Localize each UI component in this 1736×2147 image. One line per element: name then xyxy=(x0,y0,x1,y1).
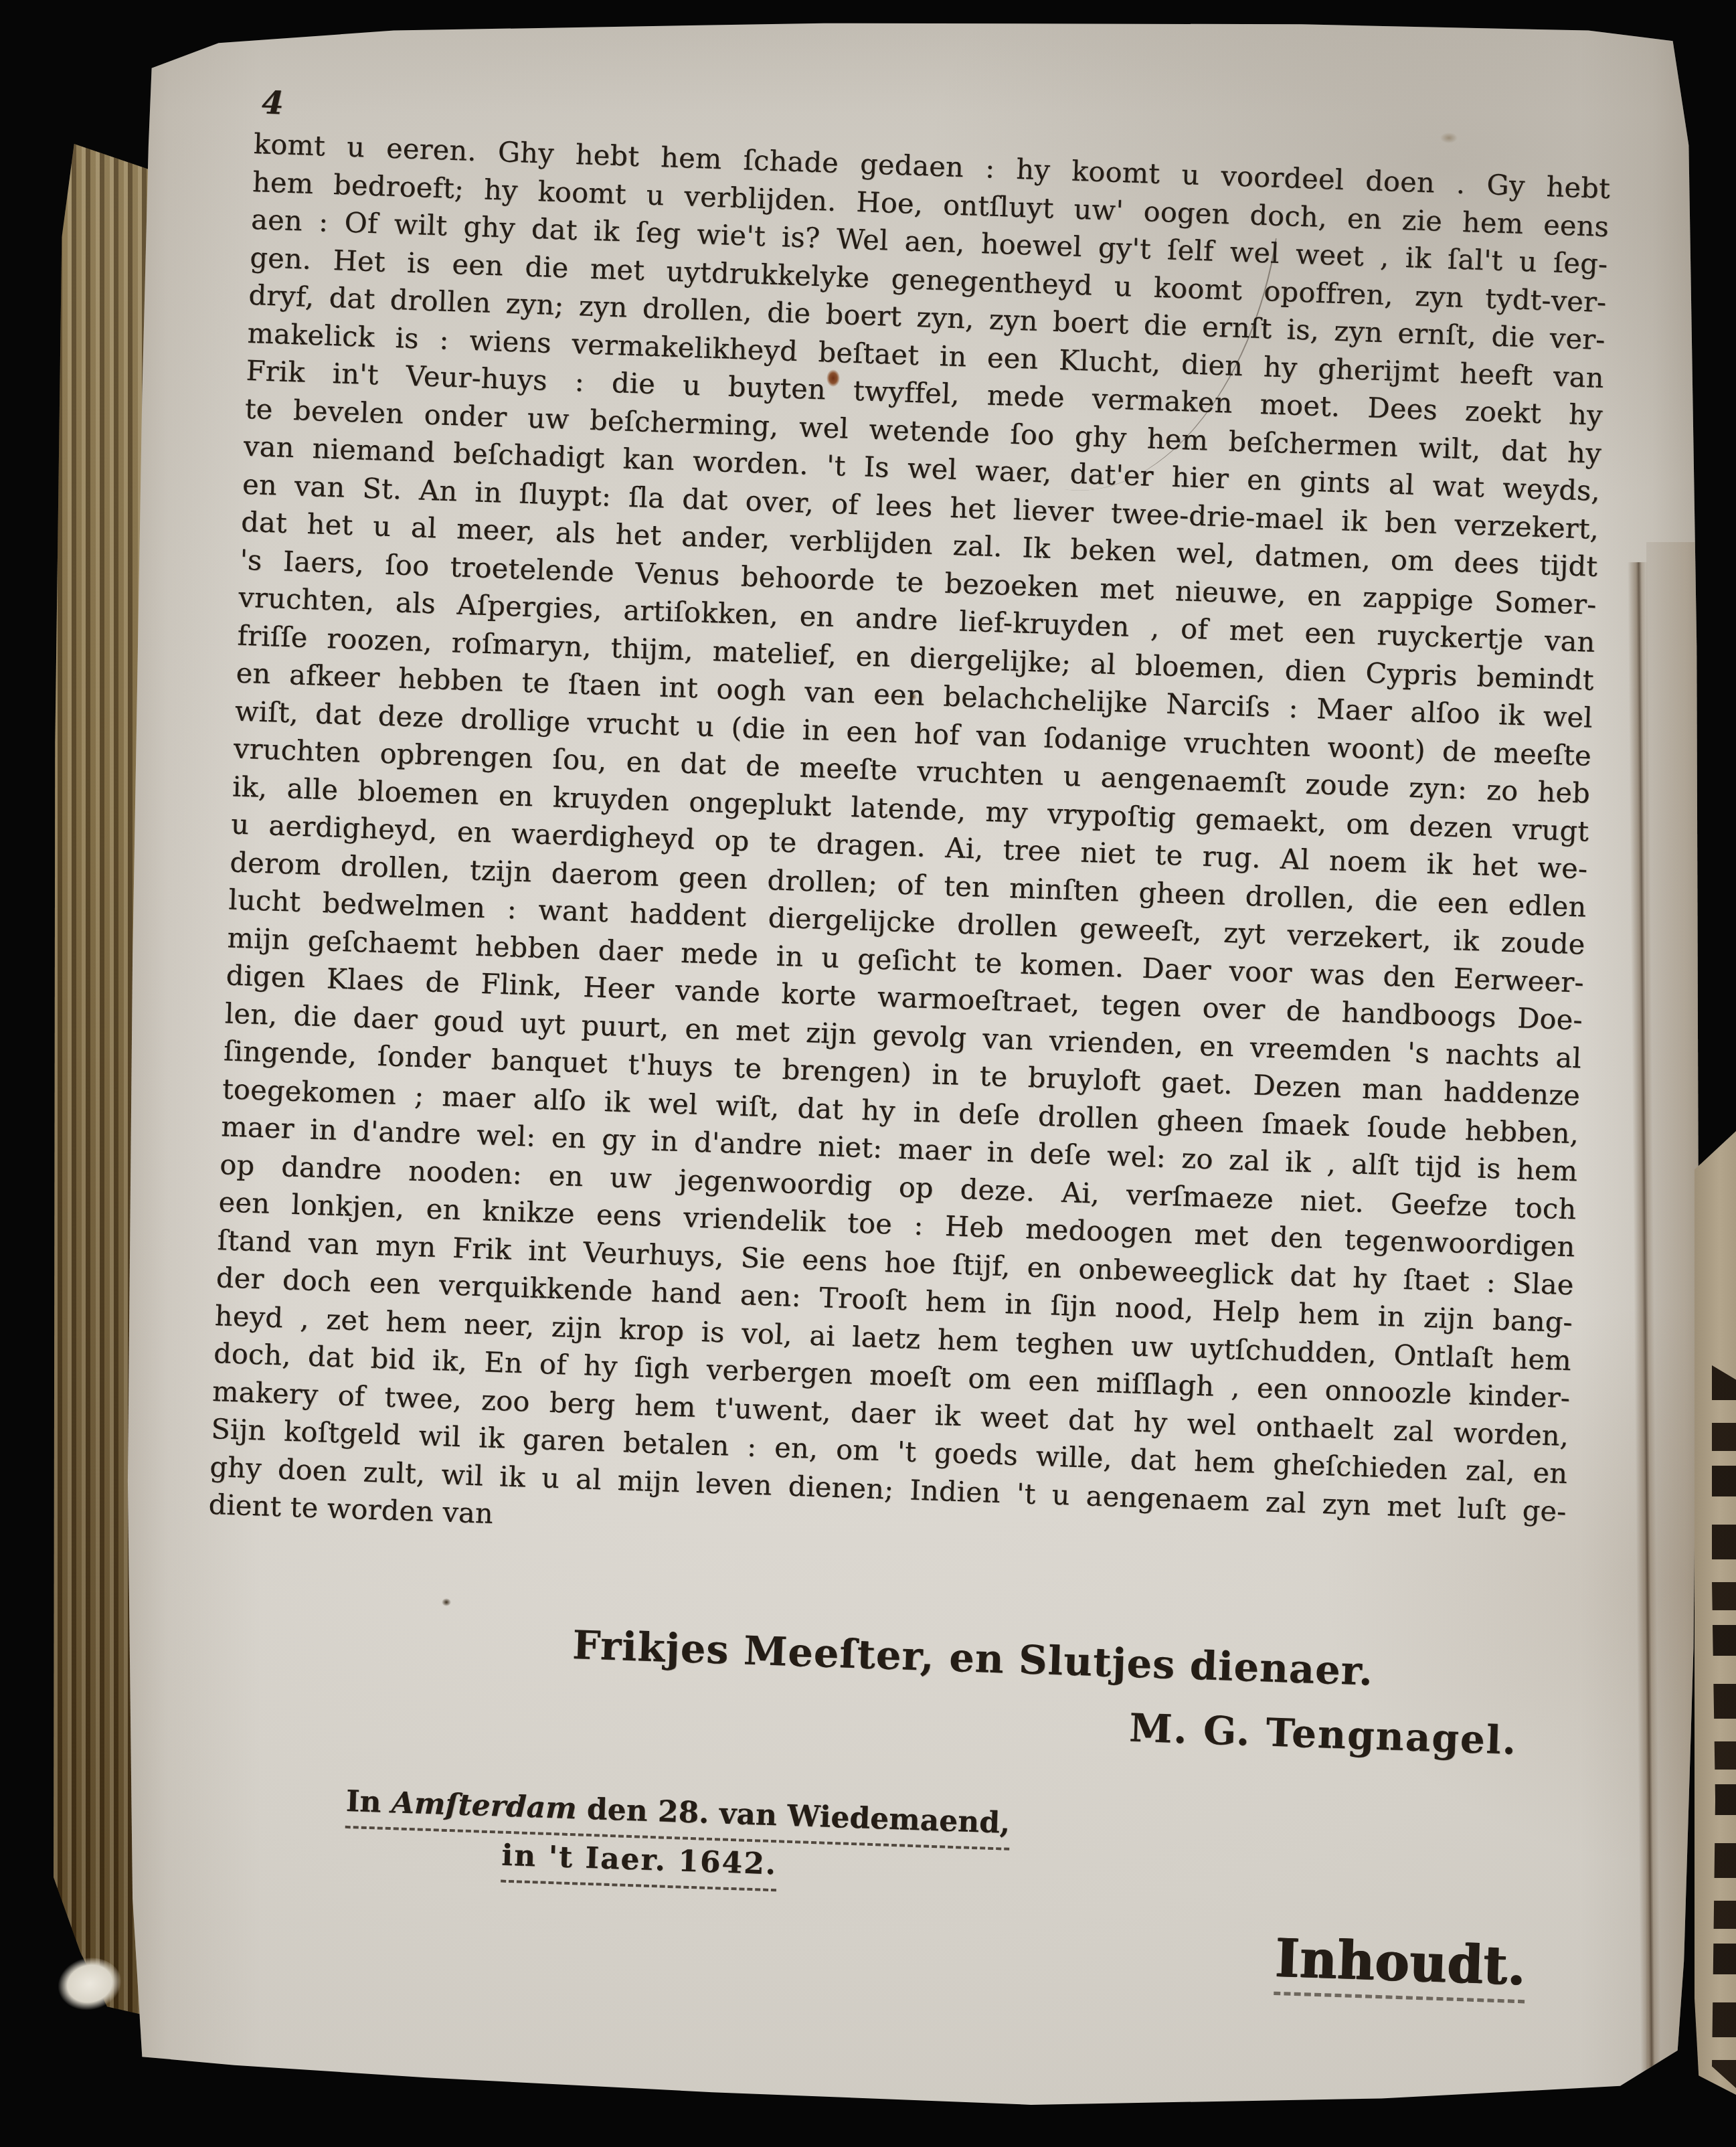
section-catchword: Inhoudt. xyxy=(1274,1927,1527,2003)
book-page: 4 komt u eeren. Ghy hebt hem ſchade geda… xyxy=(107,20,1700,2107)
colophon: In Amſterdam den 28. van Wiedemaend, in … xyxy=(343,1779,1556,1917)
printed-content: 4 komt u eeren. Ghy hebt hem ſchade geda… xyxy=(193,84,1612,2002)
colophon-city: Amſterdam xyxy=(391,1786,578,1826)
book-page-photo: 4 komt u eeren. Ghy hebt hem ſchade geda… xyxy=(0,0,1736,2147)
adjacent-page-text-fragments xyxy=(1712,1365,1736,2088)
colophon-line-2: in 't Iaer. 1642. xyxy=(501,1833,778,1891)
colophon-prefix: In xyxy=(345,1784,392,1819)
body-text: komt u eeren. Ghy hebt hem ſchade gedaen… xyxy=(209,125,1611,1531)
colophon-date: den 28. van Wiedemaend, xyxy=(576,1792,1011,1840)
